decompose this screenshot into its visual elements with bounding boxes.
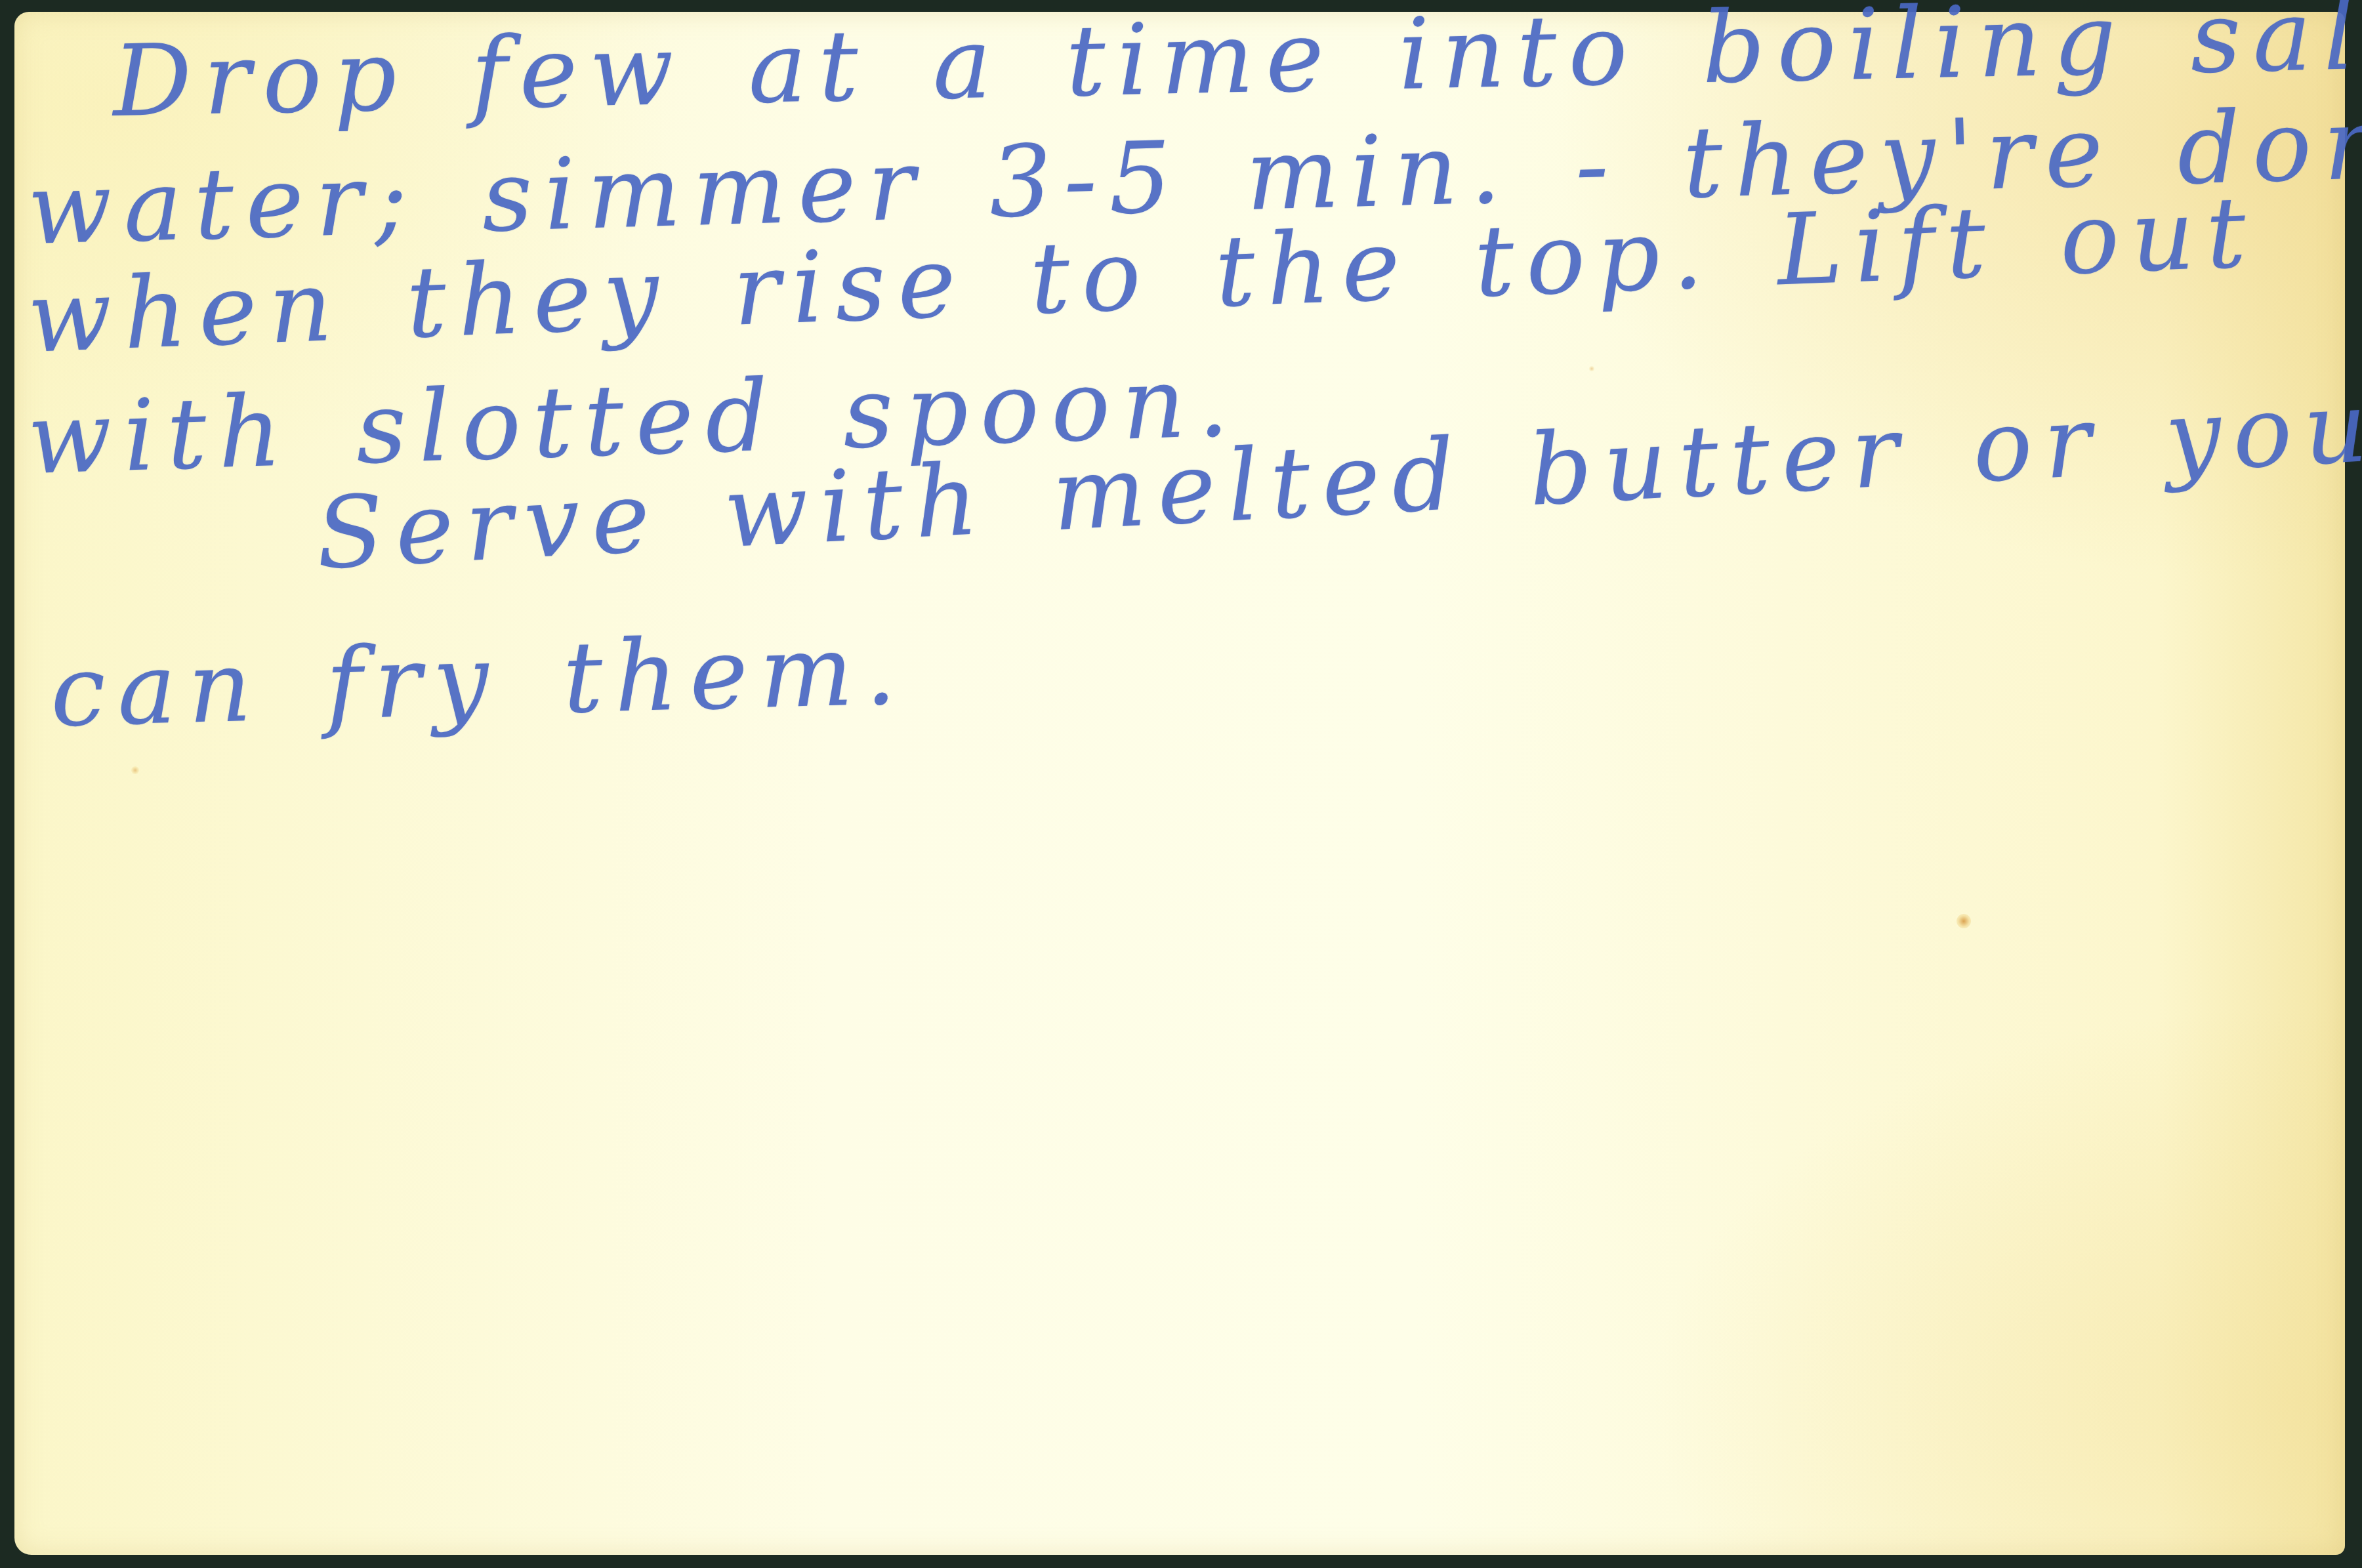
paper-stain bbox=[131, 766, 139, 774]
paper-stain bbox=[1589, 366, 1594, 371]
recipe-line-6: can fry them. bbox=[49, 613, 909, 749]
paper-stain bbox=[1957, 914, 1971, 928]
recipe-card: Drop few at a time into boiling salted w… bbox=[14, 12, 2345, 1555]
